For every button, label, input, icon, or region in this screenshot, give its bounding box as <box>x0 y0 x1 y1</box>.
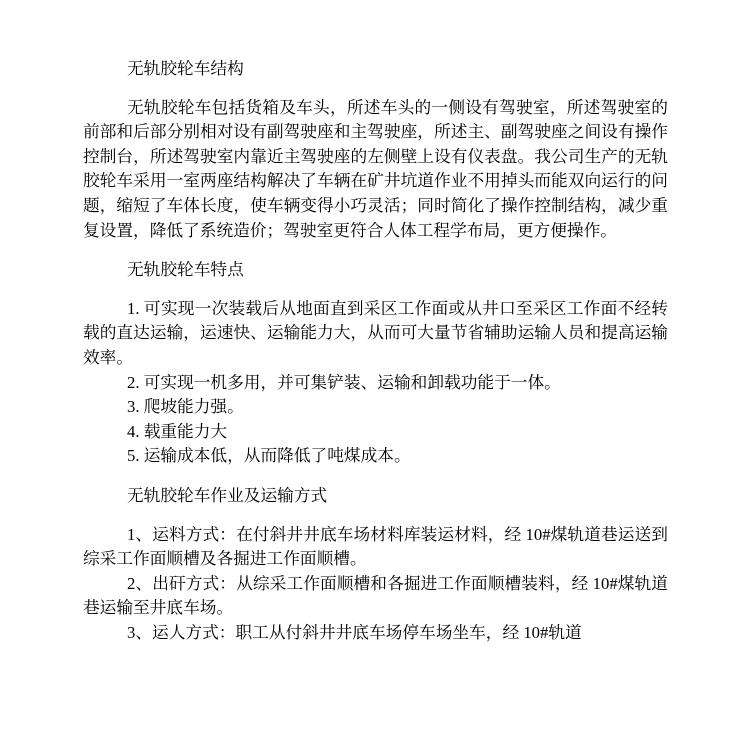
feature-item-2: 2. 可实现一机多用，并可集铲装、运输和卸载功能于一体。 <box>83 371 668 396</box>
section-features-heading: 无轨胶轮车特点 <box>83 258 668 283</box>
section-structure-heading: 无轨胶轮车结构 <box>83 57 668 82</box>
transport-mode-item-2: 2、出矸方式：从综采工作面顺槽和各掘进工作面顺槽装料，经 10#煤轨道巷运输至井… <box>83 572 668 621</box>
document-page: 无轨胶轮车结构 无轨胶轮车包括货箱及车头，所述车头的一侧设有驾驶室，所述驾驶室的… <box>0 0 750 750</box>
feature-item-4: 4. 载重能力大 <box>83 420 668 445</box>
section-features: 无轨胶轮车特点 1. 可实现一次装载后从地面直到采区工作面或从井口至采区工作面不… <box>83 258 668 469</box>
transport-mode-item-3: 3、运人方式：职工从付斜井井底车场停车场坐车，经 10#轨道 <box>83 621 668 646</box>
section-transport-modes: 无轨胶轮车作业及运输方式 1、运料方式：在付斜井井底车场材料库装运材料，经 10… <box>83 484 668 646</box>
section-structure: 无轨胶轮车结构 无轨胶轮车包括货箱及车头，所述车头的一侧设有驾驶室，所述驾驶室的… <box>83 57 668 243</box>
section-transport-modes-heading: 无轨胶轮车作业及运输方式 <box>83 484 668 509</box>
transport-mode-item-1: 1、运料方式：在付斜井井底车场材料库装运材料，经 10#煤轨道巷运送到综采工作面… <box>83 523 668 572</box>
feature-item-5: 5. 运输成本低，从而降低了吨煤成本。 <box>83 444 668 469</box>
feature-item-1: 1. 可实现一次装载后从地面直到采区工作面或从井口至采区工作面不经转载的直达运输… <box>83 297 668 371</box>
section-structure-paragraph: 无轨胶轮车包括货箱及车头，所述车头的一侧设有驾驶室，所述驾驶室的前部和后部分别相… <box>83 96 668 244</box>
feature-item-3: 3. 爬坡能力强。 <box>83 395 668 420</box>
